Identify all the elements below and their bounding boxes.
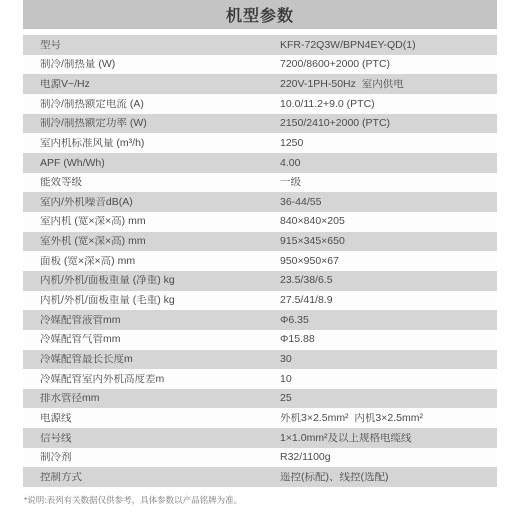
spec-label: 内机/外机/面板重量 (净重) kg xyxy=(23,275,280,286)
spec-value: 10.0/11.2+9.0 (PTC) xyxy=(280,99,497,110)
table-row: 室内机标准风量 (m³/h)1250 xyxy=(23,133,497,153)
table-row: 制冷/制热额定电流 (A)10.0/11.2+9.0 (PTC) xyxy=(23,94,497,114)
spec-value: 36-44/55 xyxy=(280,197,497,208)
spec-value: 23.5/38/6.5 xyxy=(280,275,497,286)
table-row: 能效等级一级 xyxy=(23,173,497,193)
spec-value: 遥控(标配)、线控(选配) xyxy=(280,472,497,483)
spec-value: Φ6.35 xyxy=(280,315,497,326)
spec-value: 25 xyxy=(280,393,497,404)
spec-sheet: 机型参数 型号KFR-72Q3W/BPN4EY-QD(1)制冷/制热量 (W)7… xyxy=(0,0,520,520)
spec-label: 冷媒配管液管mm xyxy=(23,315,280,326)
spec-value: 10 xyxy=(280,374,497,385)
spec-value: 4.00 xyxy=(280,158,497,169)
spec-value: 外机3×2.5mm² 内机3×2.5mm² xyxy=(280,413,497,424)
spec-value: R32/1100g xyxy=(280,452,497,463)
spec-value: 2150/2410+2000 (PTC) xyxy=(280,118,497,129)
table-row: 排水管径mm25 xyxy=(23,389,497,409)
spec-label: 型号 xyxy=(23,40,280,51)
table-row: 控制方式遥控(标配)、线控(选配) xyxy=(23,467,497,487)
title-bar: 机型参数 xyxy=(23,0,497,29)
footnote: *说明:表列有关数据仅供参考，具体参数以产品铭牌为准。 xyxy=(24,494,242,506)
spec-value: KFR-72Q3W/BPN4EY-QD(1) xyxy=(280,40,497,51)
spec-label: 冷媒配管气管mm xyxy=(23,334,280,345)
table-row: 型号KFR-72Q3W/BPN4EY-QD(1) xyxy=(23,35,497,55)
table-row: 制冷剂R32/1100g xyxy=(23,448,497,468)
spec-label: 制冷剂 xyxy=(23,452,280,463)
spec-label: 制冷/制热额定电流 (A) xyxy=(23,99,280,110)
spec-label: 信号线 xyxy=(23,433,280,444)
table-row: 冷媒配管室内外机高度差m10 xyxy=(23,369,497,389)
table-row: 制冷/制热额定功率 (W)2150/2410+2000 (PTC) xyxy=(23,114,497,134)
spec-label: 排水管径mm xyxy=(23,393,280,404)
table-row: 制冷/制热量 (W)7200/8600+2000 (PTC) xyxy=(23,55,497,75)
spec-value: 1×1.0mm²及以上规格电缆线 xyxy=(280,433,497,444)
table-row: 室内机 (宽×深×高) mm840×840×205 xyxy=(23,212,497,232)
spec-label: 室内机标准风量 (m³/h) xyxy=(23,138,280,149)
spec-label: 冷媒配管最长长度m xyxy=(23,354,280,365)
spec-label: APF (Wh/Wh) xyxy=(23,158,280,169)
spec-value: 1250 xyxy=(280,138,497,149)
spec-value: 一级 xyxy=(280,177,497,188)
spec-label: 室内/外机噪音dB(A) xyxy=(23,197,280,208)
spec-table: 型号KFR-72Q3W/BPN4EY-QD(1)制冷/制热量 (W)7200/8… xyxy=(23,35,497,487)
spec-label: 能效等级 xyxy=(23,177,280,188)
page-title: 机型参数 xyxy=(226,3,294,26)
spec-label: 面板 (宽×深×高) mm xyxy=(23,256,280,267)
spec-label: 室外机 (宽×深×高) mm xyxy=(23,236,280,247)
spec-value: 7200/8600+2000 (PTC) xyxy=(280,59,497,70)
table-row: APF (Wh/Wh)4.00 xyxy=(23,153,497,173)
spec-value: 915×345×650 xyxy=(280,236,497,247)
spec-label: 室内机 (宽×深×高) mm xyxy=(23,216,280,227)
table-row: 电源线外机3×2.5mm² 内机3×2.5mm² xyxy=(23,408,497,428)
table-row: 冷媒配管液管mmΦ6.35 xyxy=(23,310,497,330)
table-row: 冷媒配管最长长度m30 xyxy=(23,350,497,370)
spec-value: 220V-1PH-50Hz 室内供电 xyxy=(280,79,497,90)
spec-label: 制冷/制热量 (W) xyxy=(23,59,280,70)
spec-label: 内机/外机/面板重量 (毛重) kg xyxy=(23,295,280,306)
table-row: 内机/外机/面板重量 (毛重) kg27.5/41/8.9 xyxy=(23,291,497,311)
spec-label: 制冷/制热额定功率 (W) xyxy=(23,118,280,129)
spec-value: Φ15.88 xyxy=(280,334,497,345)
spec-value: 27.5/41/8.9 xyxy=(280,295,497,306)
table-row: 室内/外机噪音dB(A)36-44/55 xyxy=(23,192,497,212)
spec-label: 冷媒配管室内外机高度差m xyxy=(23,374,280,385)
spec-label: 电源V~/Hz xyxy=(23,79,280,90)
spec-value: 950×950×67 xyxy=(280,256,497,267)
spec-label: 控制方式 xyxy=(23,472,280,483)
table-row: 信号线1×1.0mm²及以上规格电缆线 xyxy=(23,428,497,448)
table-row: 室外机 (宽×深×高) mm915×345×650 xyxy=(23,232,497,252)
spec-label: 电源线 xyxy=(23,413,280,424)
spec-value: 840×840×205 xyxy=(280,216,497,227)
table-row: 冷媒配管气管mmΦ15.88 xyxy=(23,330,497,350)
table-row: 面板 (宽×深×高) mm950×950×67 xyxy=(23,251,497,271)
spec-value: 30 xyxy=(280,354,497,365)
table-row: 内机/外机/面板重量 (净重) kg23.5/38/6.5 xyxy=(23,271,497,291)
table-row: 电源V~/Hz220V-1PH-50Hz 室内供电 xyxy=(23,74,497,94)
